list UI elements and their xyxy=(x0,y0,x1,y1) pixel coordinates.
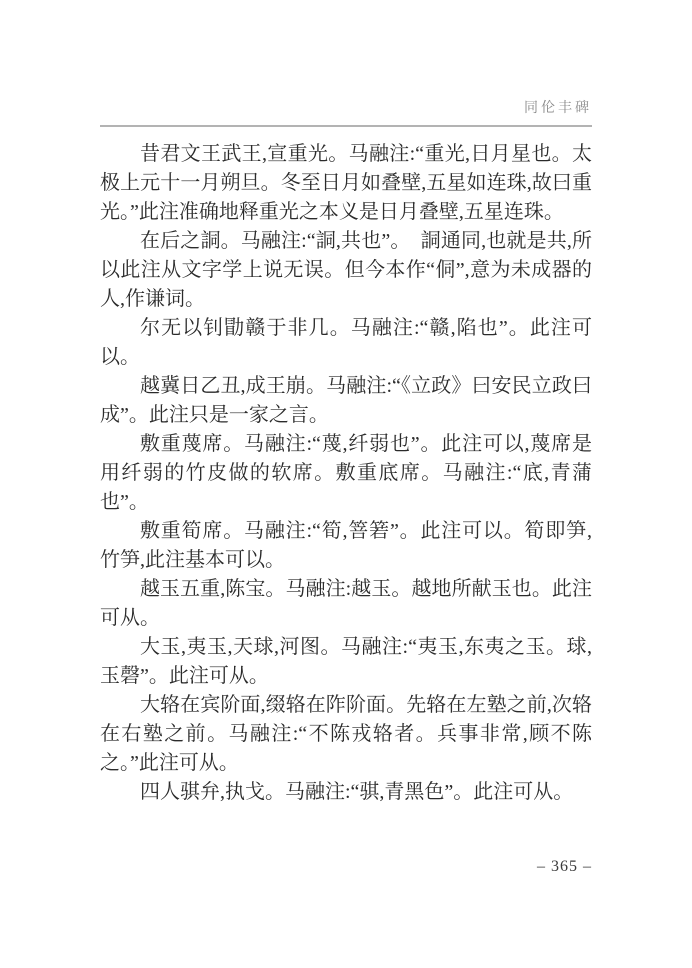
running-header-title: 同伦丰碑 xyxy=(100,97,592,117)
page-body-text: 昔君文王武王,宣重光。马融注:“重光,日月星也。太极上元十一月朔旦。冬至日月如叠… xyxy=(100,140,592,807)
paragraph: 越玉五重,陈宝。马融注:越玉。越地所献玉也。此注可从。 xyxy=(100,575,592,633)
paragraph: 敷重蔑席。马融注:“蔑,纤弱也”。此注可以,蔑席是用纤弱的竹皮做的软席。敷重底席… xyxy=(100,430,592,517)
paragraph: 大辂在宾阶面,缀辂在阼阶面。先辂在左塾之前,次辂在右塾之前。马融注:“不陈戎辂者… xyxy=(100,691,592,778)
paragraph: 尔无以钊勖赣于非几。马融注:“赣,陷也”。此注可以。 xyxy=(100,314,592,372)
paragraph: 昔君文王武王,宣重光。马融注:“重光,日月星也。太极上元十一月朔旦。冬至日月如叠… xyxy=(100,140,592,227)
book-page: 同伦丰碑 昔君文王武王,宣重光。马融注:“重光,日月星也。太极上元十一月朔旦。冬… xyxy=(0,0,692,968)
paragraph: 敷重筍席。马融注:“筍,箁箬”。此注可以。筍即笋,竹笋,此注基本可以。 xyxy=(100,517,592,575)
header-divider-rule xyxy=(100,125,592,127)
page-number: – 365 – xyxy=(100,858,592,876)
paragraph: 在后之詷。马融注:“詷,共也”。 詷通同,也就是共,所以此注从文字学上说无误。但… xyxy=(100,227,592,314)
paragraph: 越冀日乙丑,成王崩。马融注:“《立政》曰安民立政曰成”。此注只是一家之言。 xyxy=(100,372,592,430)
paragraph: 大玉,夷玉,天球,河图。马融注:“夷玉,东夷之玉。球,玉磬”。此注可从。 xyxy=(100,633,592,691)
paragraph: 四人骐弁,执戈。马融注:“骐,青黑色”。此注可从。 xyxy=(100,778,592,807)
